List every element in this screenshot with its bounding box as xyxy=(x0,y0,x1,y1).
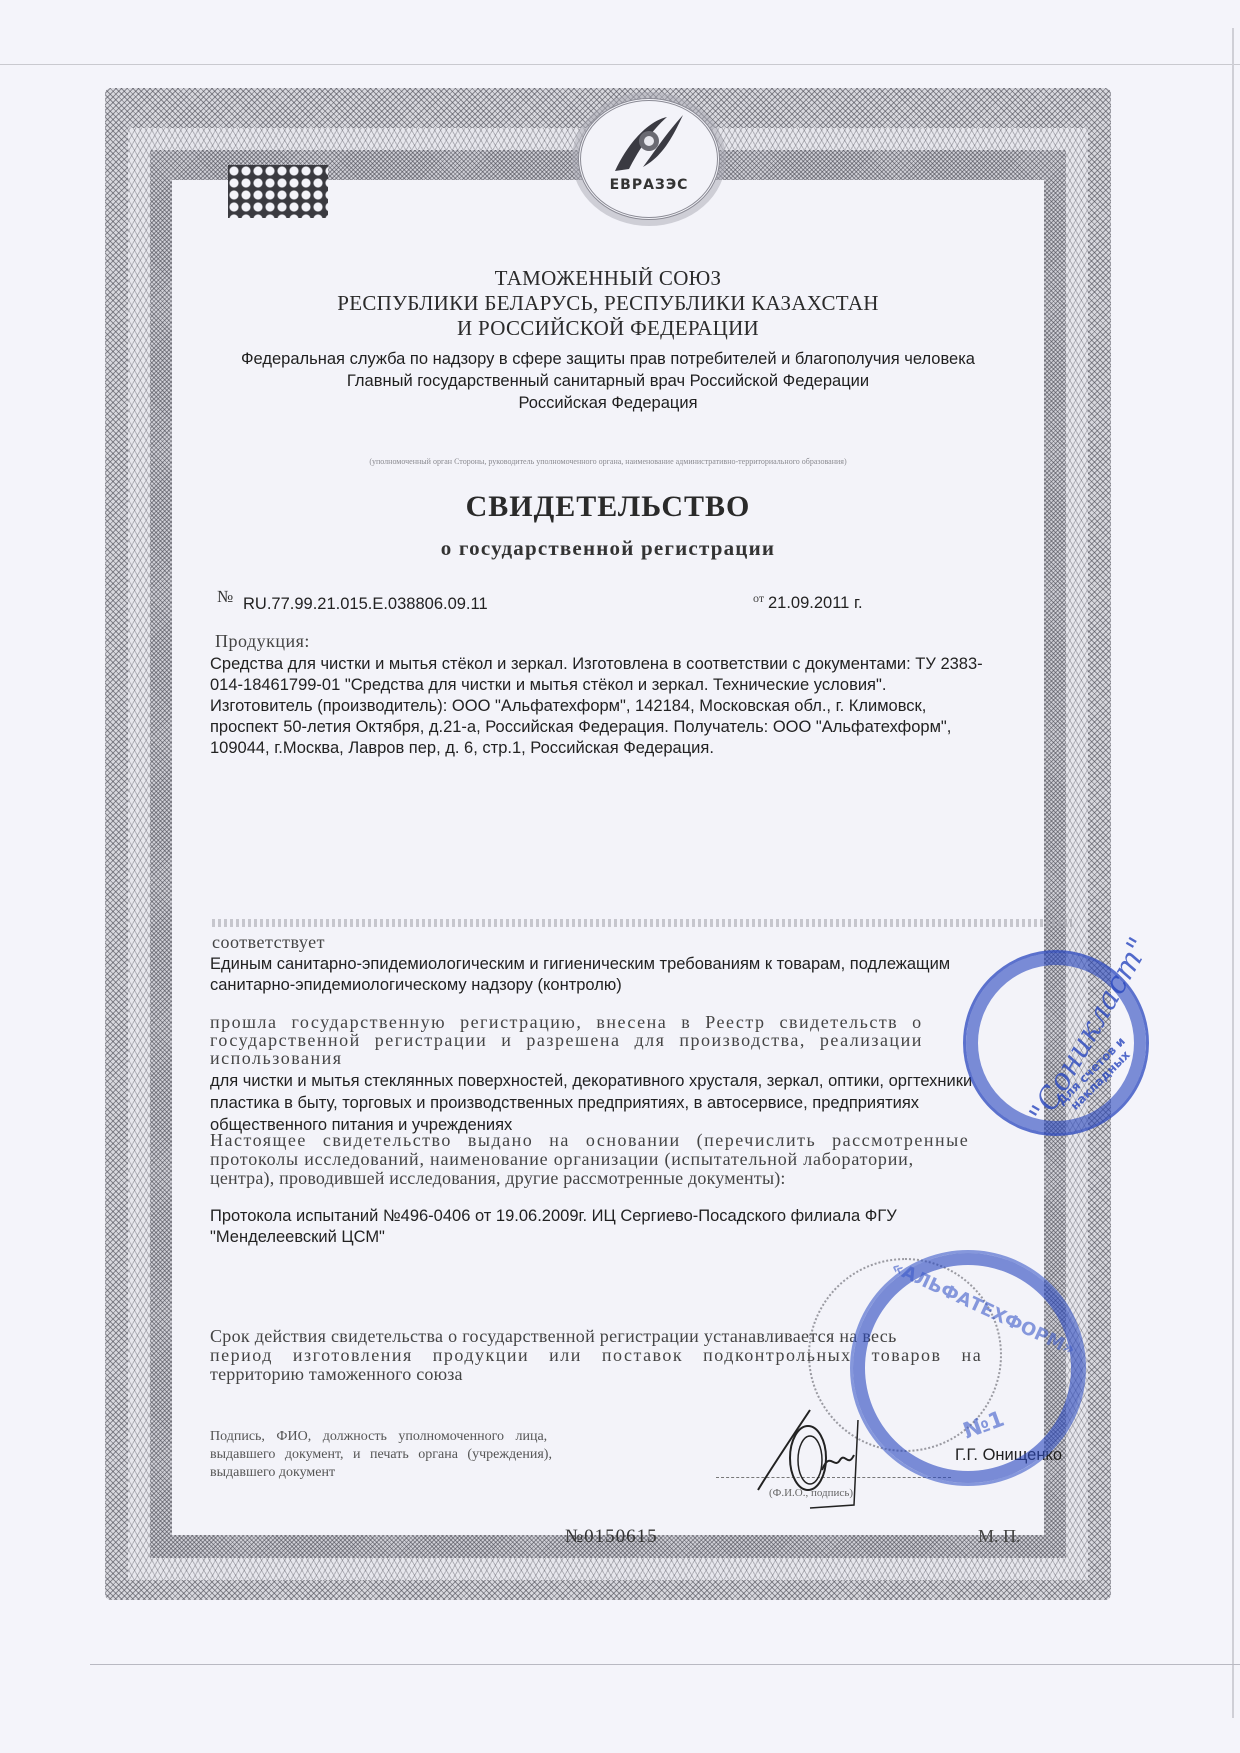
statement-line-3: использования xyxy=(210,1049,343,1068)
validity-line-1: Срок действия свидетельства о государств… xyxy=(210,1327,897,1346)
document-title: СВИДЕТЕЛЬСТВО xyxy=(172,490,1044,524)
handwritten-signature-icon xyxy=(750,1400,900,1510)
number-label: № xyxy=(217,587,233,607)
basis-value-line-2: "Менделеевский ЦСМ" xyxy=(210,1227,385,1248)
union-line-3: И РОССИЙСКОЙ ФЕДЕРАЦИИ xyxy=(172,315,1044,341)
security-pattern xyxy=(228,165,328,218)
product-line-5: 109044, г.Москва, Лавров пер, д. 6, стр.… xyxy=(210,738,714,759)
product-caption-line xyxy=(212,919,1072,927)
usage-line-2: пластика в быту, торговых и производстве… xyxy=(210,1093,919,1114)
date-label: от xyxy=(753,591,764,606)
company-stamp-soniklast: "Соникласт" Для счетов и накладных xyxy=(963,950,1149,1136)
eurasec-emblem: ЕВРАЗЭС xyxy=(578,98,720,220)
registration-number: RU.77.99.21.015.E.038806.09.11 xyxy=(243,595,488,614)
eurasec-logo-icon xyxy=(609,111,689,175)
product-line-4: проспект 50-летия Октября, д.21-а, Росси… xyxy=(210,717,951,738)
agency-line-1: Федеральная служба по надзору в сфере за… xyxy=(172,349,1044,370)
signature-caption-line-3: выдавшего документ xyxy=(210,1465,335,1481)
compliance-line-1: Единым санитарно-эпидемиологическим и ги… xyxy=(210,954,950,975)
authority-caption: (уполномоченный орган Стороны, руководит… xyxy=(172,457,1044,466)
signature-caption-line-2: выдавшего документ, и печать органа (учр… xyxy=(210,1447,552,1463)
document-subtitle: о государственной регистрации xyxy=(172,536,1044,561)
emblem-label: ЕВРАЗЭС xyxy=(581,177,717,193)
product-line-2: 014-18461799-01 "Средства для чистки и м… xyxy=(210,675,886,696)
basis-line-2: протоколы исследований, наименование орг… xyxy=(210,1150,914,1169)
product-line-3: Изготовитель (производитель): ООО "Альфа… xyxy=(210,696,926,717)
seal-mark: М. П. xyxy=(978,1526,1021,1547)
product-line-1: Средства для чистки и мытья стёкол и зер… xyxy=(210,654,983,675)
usage-line-1: для чистки и мытья стеклянных поверхност… xyxy=(210,1071,972,1092)
union-line-1: ТАМОЖЕННЫЙ СОЮЗ xyxy=(172,265,1044,291)
agency-line-2: Главный государственный санитарный врач … xyxy=(172,371,1044,392)
basis-line-3: центра), проводившей исследования, други… xyxy=(210,1169,786,1188)
agency-line-3: Российская Федерация xyxy=(172,393,1044,414)
stamp-2-number: №1 xyxy=(960,1407,1008,1445)
scan-edge-top xyxy=(0,64,1240,65)
scan-edge-right xyxy=(1232,28,1234,1718)
basis-line-1: Настоящее свидетельство выдано на основа… xyxy=(210,1131,969,1150)
scan-edge-bottom xyxy=(90,1664,1240,1665)
product-label: Продукция: xyxy=(215,631,310,652)
validity-line-3: территорию таможенного союза xyxy=(210,1365,463,1384)
compliance-line-2: санитарно-эпидемиологическому надзору (к… xyxy=(210,975,622,996)
union-line-2: РЕСПУБЛИКИ БЕЛАРУСЬ, РЕСПУБЛИКИ КАЗАХСТА… xyxy=(172,290,1044,316)
signature-caption-line-1: Подпись, ФИО, должность уполномоченного … xyxy=(210,1429,547,1445)
serial-number: №0150615 xyxy=(565,1526,658,1548)
registration-date: 21.09.2011 г. xyxy=(768,594,863,613)
compliance-label: соответствует xyxy=(212,932,325,953)
basis-value-line-1: Протокола испытаний №496-0406 от 19.06.2… xyxy=(210,1206,897,1227)
